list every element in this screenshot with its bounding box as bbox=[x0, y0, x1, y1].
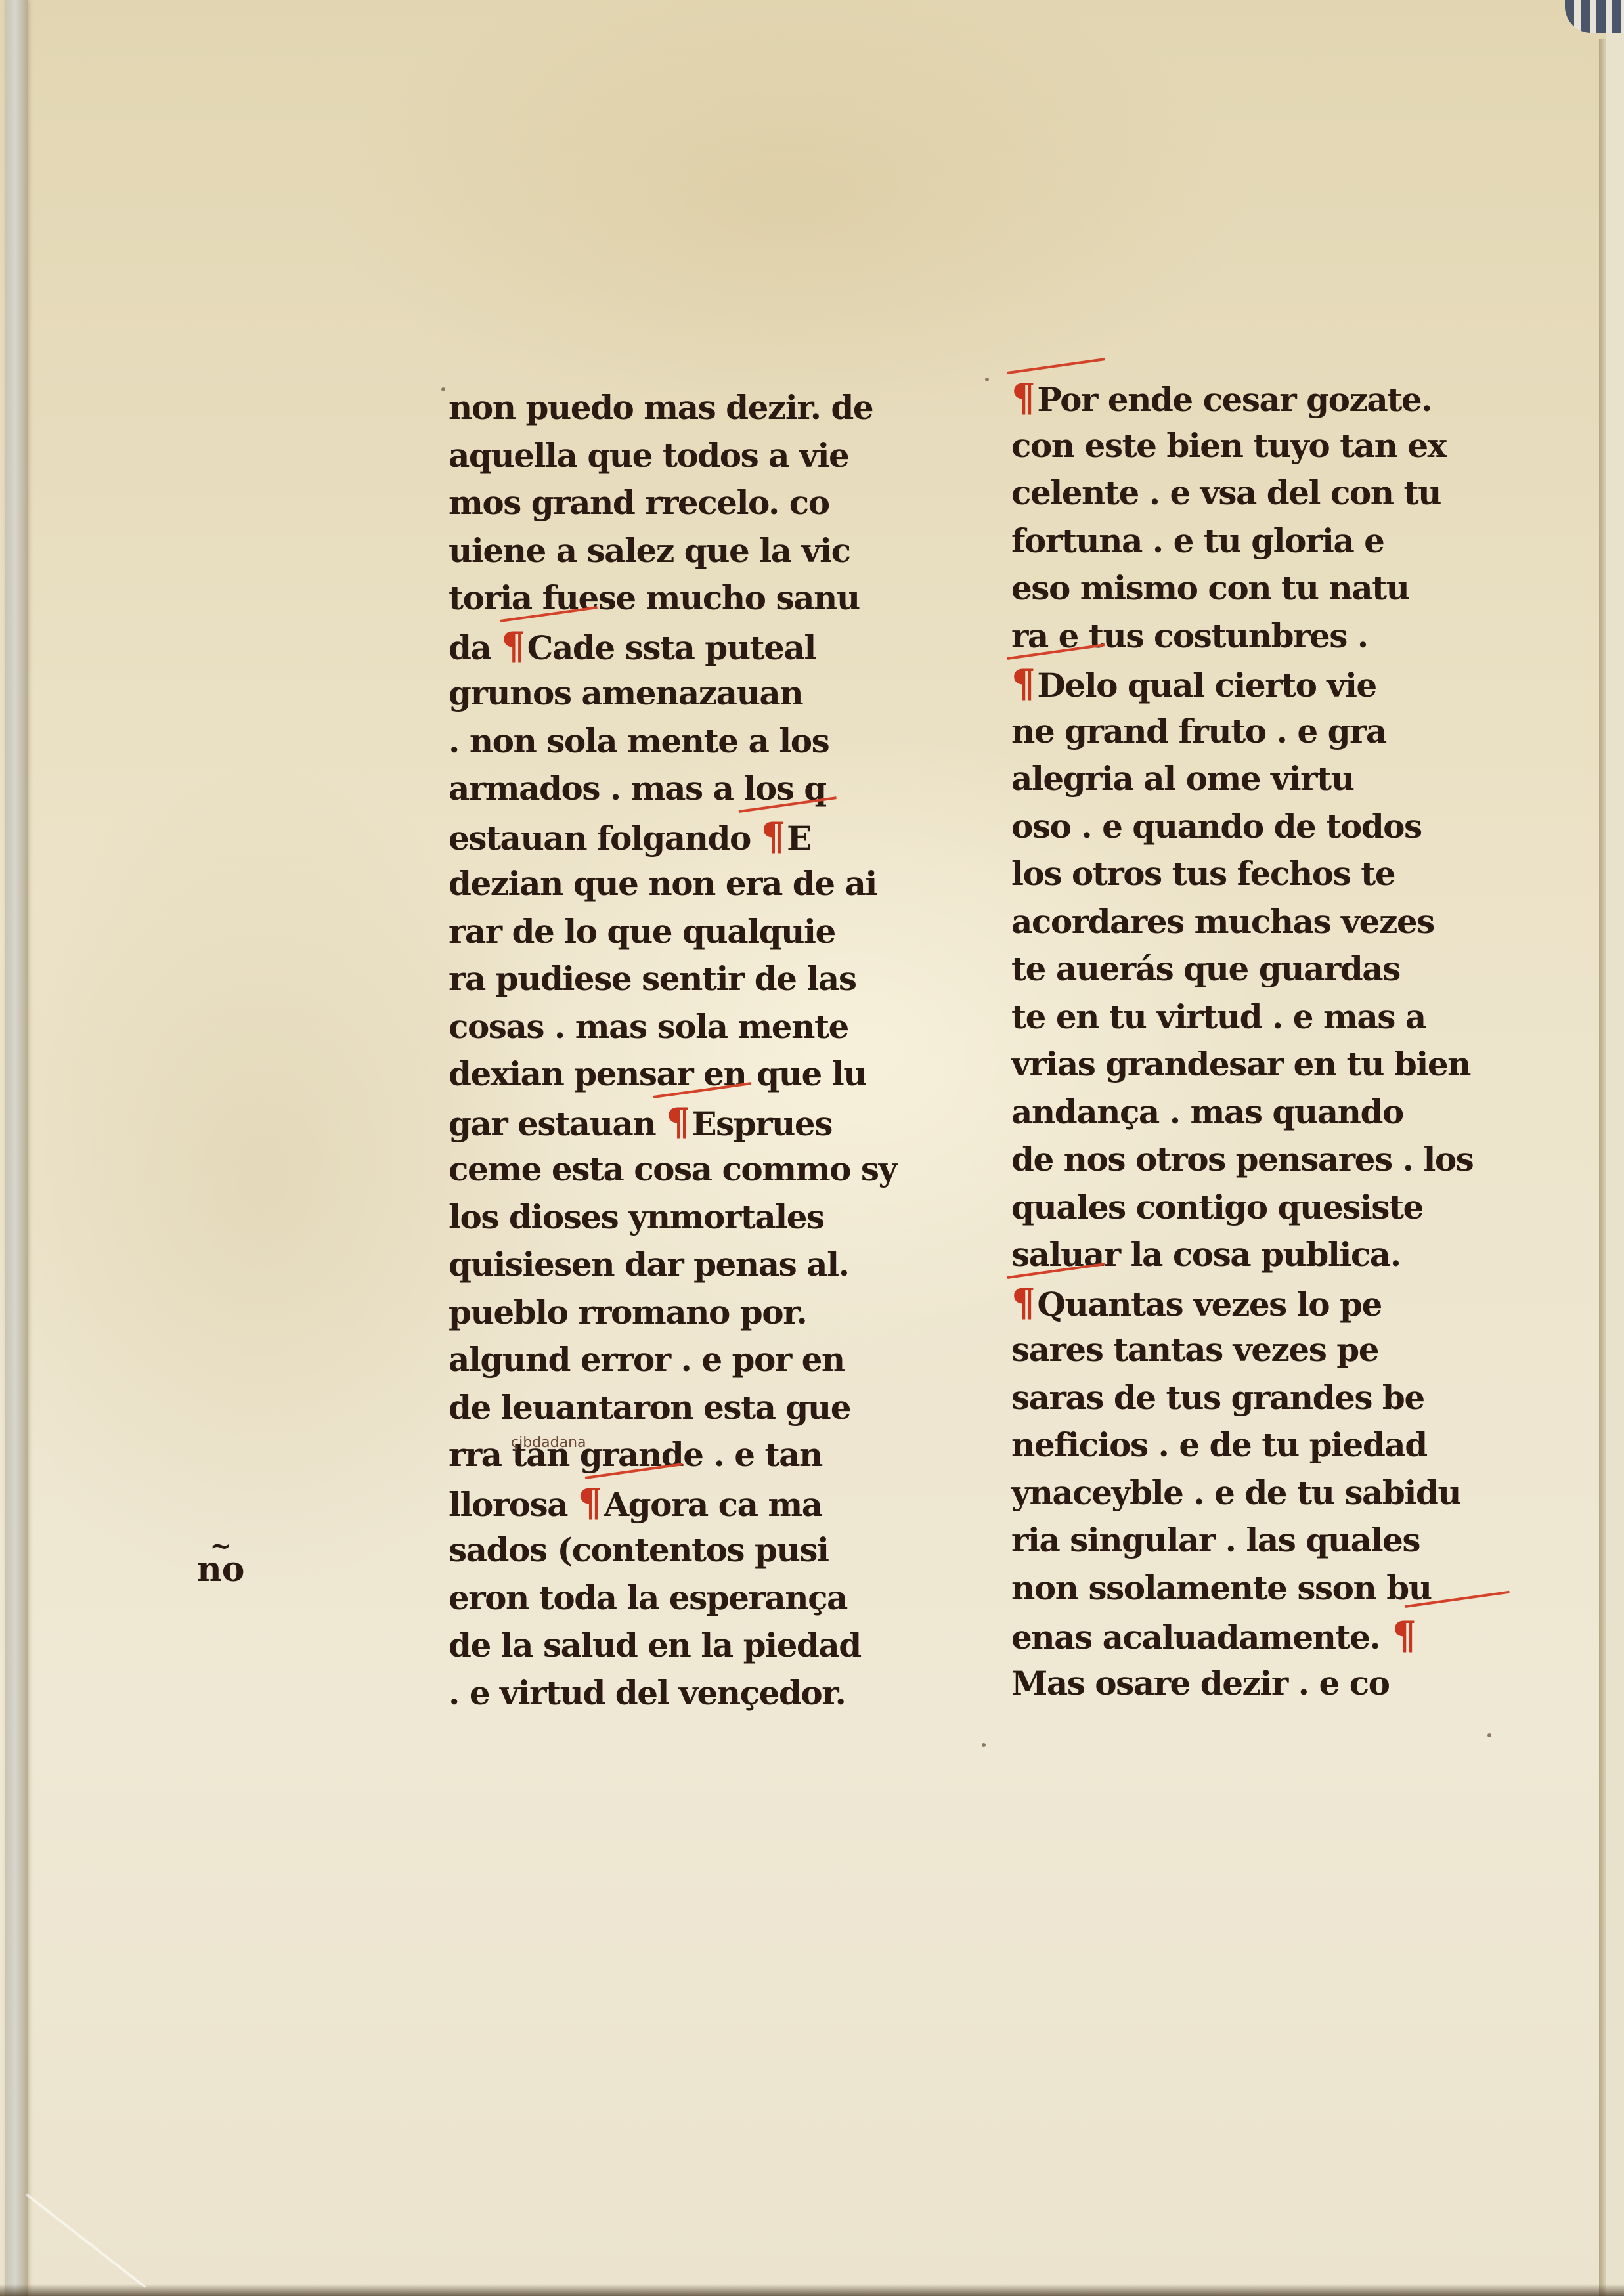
line-text: Mas osare dezir . e co bbox=[1011, 1664, 1390, 1702]
manuscript-line: rra tan grande . e tançibdadana bbox=[449, 1431, 921, 1479]
line-text: los dioses ynmortales bbox=[449, 1198, 824, 1236]
page-edge-right bbox=[1599, 39, 1606, 2296]
line-text: toria fuese mucho sanu bbox=[449, 578, 860, 617]
paragraph-mark-icon: ¶ bbox=[1011, 1280, 1034, 1325]
manuscript-line: da ¶Cade ssta puteal bbox=[449, 622, 921, 670]
manuscript-line: quisiesen dar penas al. bbox=[449, 1241, 921, 1289]
manuscript-line: aquella que todos a vie bbox=[449, 432, 921, 480]
manuscript-line: andança . mas quando bbox=[1011, 1089, 1497, 1137]
line-text: gar estauan bbox=[449, 1104, 666, 1143]
line-text: andança . mas quando bbox=[1011, 1093, 1403, 1131]
paragraph-mark-icon: ¶ bbox=[1011, 661, 1034, 706]
manuscript-line: non puedo mas dezir. de bbox=[449, 384, 921, 432]
manuscript-line: eron toda la esperança bbox=[449, 1574, 921, 1622]
manuscript-line: ra pudiese sentir de las bbox=[449, 955, 921, 1003]
text-column-left: non puedo mas dezir. deaquella que todos… bbox=[449, 384, 921, 1717]
manuscript-line: te auerás que guardas bbox=[1011, 945, 1497, 993]
line-text: mos grand rrecelo. co bbox=[449, 483, 829, 522]
line-text: Delo qual cierto vie bbox=[1037, 666, 1376, 704]
line-text: celente . e vsa del con tu bbox=[1011, 473, 1441, 512]
manuscript-line: cosas . mas sola mente bbox=[449, 1003, 921, 1051]
line-text: quisiesen dar penas al. bbox=[449, 1245, 848, 1284]
interlinear-gloss: çibdadana bbox=[511, 1419, 586, 1467]
manuscript-line: sares tantas vezes pe bbox=[1011, 1326, 1497, 1374]
line-text: Cade ssta puteal bbox=[527, 628, 816, 667]
manuscript-line: los dioses ynmortales bbox=[449, 1194, 921, 1242]
binding-tie-icon bbox=[1565, 0, 1624, 33]
manuscript-line: acordares muchas vezes bbox=[1011, 898, 1497, 946]
manuscript-line: gar estauan ¶Esprues bbox=[449, 1098, 921, 1146]
manuscript-line: saras de tus grandes be bbox=[1011, 1374, 1497, 1422]
manuscript-line: ceme esta cosa commo sy bbox=[449, 1146, 921, 1194]
line-text: de la salud en la piedad bbox=[449, 1626, 861, 1664]
line-text: sares tantas vezes pe bbox=[1011, 1330, 1378, 1369]
line-text: cosas . mas sola mente bbox=[449, 1007, 848, 1046]
line-text: saras de tus grandes be bbox=[1011, 1378, 1424, 1417]
manuscript-line: ¶Delo qual cierto vie bbox=[1011, 660, 1497, 708]
manuscript-line: te en tu virtud . e mas a bbox=[1011, 993, 1497, 1041]
line-text: ynaceyble . e de tu sabidu bbox=[1011, 1473, 1460, 1512]
manuscript-line: Mas osare dezir . e co bbox=[1011, 1660, 1497, 1708]
manuscript-line: neficios . e de tu piedad bbox=[1011, 1421, 1497, 1469]
line-text: oso . e quando de todos bbox=[1011, 807, 1422, 846]
manuscript-line: algund error . e por en bbox=[449, 1336, 921, 1384]
manuscript-line: ria singular . las quales bbox=[1011, 1517, 1497, 1565]
line-text: alegria al ome virtu bbox=[1011, 759, 1353, 798]
line-text: ceme esta cosa commo sy bbox=[449, 1150, 896, 1188]
line-text: llorosa bbox=[449, 1485, 578, 1524]
line-text: vrias grandesar en tu bien bbox=[1011, 1045, 1470, 1083]
line-text: uiene a salez que la vic bbox=[449, 531, 850, 570]
manuscript-line: mos grand rrecelo. co bbox=[449, 479, 921, 527]
manuscript-line: quales contigo quesiste bbox=[1011, 1184, 1497, 1232]
manuscript-line: pueblo rromano por. bbox=[449, 1289, 921, 1337]
line-text: ra pudiese sentir de las bbox=[449, 959, 856, 998]
line-text: estauan folgando bbox=[449, 819, 761, 857]
manuscript-page: ~ no non puedo mas dezir. deaquella que … bbox=[0, 0, 1624, 2296]
page-edge-bottom bbox=[0, 2284, 1624, 2296]
manuscript-line: . non sola mente a los bbox=[449, 718, 921, 766]
line-text: armados . mas a los q bbox=[449, 769, 826, 808]
pricking-mark bbox=[441, 387, 445, 391]
line-text: fortuna . e tu gloria e bbox=[1011, 521, 1384, 560]
paragraph-mark-icon: ¶ bbox=[1380, 1613, 1415, 1658]
margin-note: ~ no bbox=[197, 1540, 245, 1587]
manuscript-line: sados (contentos pusi bbox=[449, 1527, 921, 1574]
line-text: . e virtud del vençedor. bbox=[449, 1674, 845, 1712]
manuscript-line: ¶Por ende cesar gozate. bbox=[1011, 374, 1497, 422]
line-text: rra tan grande . e tan bbox=[449, 1435, 822, 1474]
line-text: rar de lo que qualquie bbox=[449, 912, 835, 951]
line-text: Quantas vezes lo pe bbox=[1037, 1285, 1381, 1324]
line-text: dexian pensar en que lu bbox=[449, 1054, 866, 1093]
pricking-mark bbox=[1487, 1733, 1491, 1737]
paragraph-mark-icon: ¶ bbox=[666, 1100, 689, 1144]
pricking-mark bbox=[982, 1743, 986, 1747]
line-text: aquella que todos a vie bbox=[449, 436, 848, 475]
line-text: enas acaluadamente. bbox=[1011, 1618, 1380, 1657]
line-text: ria singular . las quales bbox=[1011, 1521, 1420, 1559]
line-text: da bbox=[449, 628, 501, 667]
line-text: pueblo rromano por. bbox=[449, 1293, 806, 1332]
line-text: ne grand fruto . e gra bbox=[1011, 712, 1386, 750]
line-text: eron toda la esperança bbox=[449, 1578, 847, 1617]
manuscript-line: fortuna . e tu gloria e bbox=[1011, 517, 1497, 565]
binding-edge-left bbox=[5, 0, 28, 2296]
page-stack-right bbox=[1606, 0, 1624, 2296]
manuscript-line: oso . e quando de todos bbox=[1011, 803, 1497, 851]
line-text: algund error . e por en bbox=[449, 1340, 845, 1379]
line-text: neficios . e de tu piedad bbox=[1011, 1425, 1427, 1464]
text-column-right: ¶Por ende cesar gozate.con este bien tuy… bbox=[1011, 374, 1497, 1707]
page-fold-crease bbox=[26, 2193, 146, 2288]
line-text: te en tu virtud . e mas a bbox=[1011, 997, 1426, 1036]
manuscript-line: celente . e vsa del con tu bbox=[1011, 469, 1497, 517]
manuscript-line: ynaceyble . e de tu sabidu bbox=[1011, 1469, 1497, 1517]
paragraph-mark-icon: ¶ bbox=[761, 814, 784, 859]
line-text: acordares muchas vezes bbox=[1011, 902, 1434, 941]
rubric-flourish bbox=[1007, 358, 1105, 374]
line-text: Esprues bbox=[691, 1104, 831, 1143]
manuscript-line: ¶Quantas vezes lo pe bbox=[1011, 1279, 1497, 1327]
line-text: quales contigo quesiste bbox=[1011, 1188, 1423, 1226]
manuscript-line: ne grand fruto . e gra bbox=[1011, 708, 1497, 756]
manuscript-line: uiene a salez que la vic bbox=[449, 527, 921, 575]
manuscript-line: grunos amenazauan bbox=[449, 670, 921, 718]
line-text: E bbox=[787, 819, 811, 857]
line-text: non puedo mas dezir. de bbox=[449, 388, 873, 427]
manuscript-line: estauan folgando ¶E bbox=[449, 813, 921, 861]
manuscript-line: ra e tus costunbres . bbox=[1011, 613, 1497, 661]
paragraph-mark-icon: ¶ bbox=[1011, 376, 1034, 420]
manuscript-line: toria fuese mucho sanu bbox=[449, 574, 921, 622]
line-text: eso mismo con tu natu bbox=[1011, 569, 1409, 607]
line-text: te auerás que guardas bbox=[1011, 949, 1400, 988]
manuscript-line: con este bien tuyo tan ex bbox=[1011, 422, 1497, 470]
line-text: Agora ca ma bbox=[604, 1485, 822, 1524]
margin-note-text: no bbox=[197, 1549, 245, 1590]
line-text: de leuantaron esta gue bbox=[449, 1388, 850, 1427]
paragraph-mark-icon: ¶ bbox=[578, 1481, 601, 1525]
line-text: los otros tus fechos te bbox=[1011, 854, 1395, 893]
line-text: de nos otros pensares . los bbox=[1011, 1140, 1473, 1179]
manuscript-line: los otros tus fechos te bbox=[1011, 850, 1497, 898]
manuscript-line: . e virtud del vençedor. bbox=[449, 1670, 921, 1718]
manuscript-line: saluar la cosa publica. bbox=[1011, 1231, 1497, 1279]
line-text: non ssolamente sson bu bbox=[1011, 1569, 1432, 1607]
manuscript-line: de nos otros pensares . los bbox=[1011, 1136, 1497, 1184]
line-text: dezian que non era de ai bbox=[449, 864, 877, 903]
manuscript-line: alegria al ome virtu bbox=[1011, 755, 1497, 803]
pricking-mark bbox=[985, 378, 989, 381]
manuscript-line: vrias grandesar en tu bien bbox=[1011, 1041, 1497, 1089]
manuscript-line: enas acaluadamente. ¶ bbox=[1011, 1612, 1497, 1660]
manuscript-line: armados . mas a los q bbox=[449, 765, 921, 813]
line-text: con este bien tuyo tan ex bbox=[1011, 426, 1446, 465]
line-text: . non sola mente a los bbox=[449, 722, 829, 760]
manuscript-line: dezian que non era de ai bbox=[449, 860, 921, 908]
line-text: grunos amenazauan bbox=[449, 674, 802, 712]
manuscript-line: rar de lo que qualquie bbox=[449, 908, 921, 956]
manuscript-line: de la salud en la piedad bbox=[449, 1622, 921, 1670]
manuscript-line: eso mismo con tu natu bbox=[1011, 565, 1497, 613]
paragraph-mark-icon: ¶ bbox=[501, 624, 524, 668]
manuscript-line: llorosa ¶Agora ca ma bbox=[449, 1479, 921, 1527]
line-text: sados (contentos pusi bbox=[449, 1530, 828, 1569]
line-text: Por ende cesar gozate. bbox=[1037, 380, 1432, 419]
